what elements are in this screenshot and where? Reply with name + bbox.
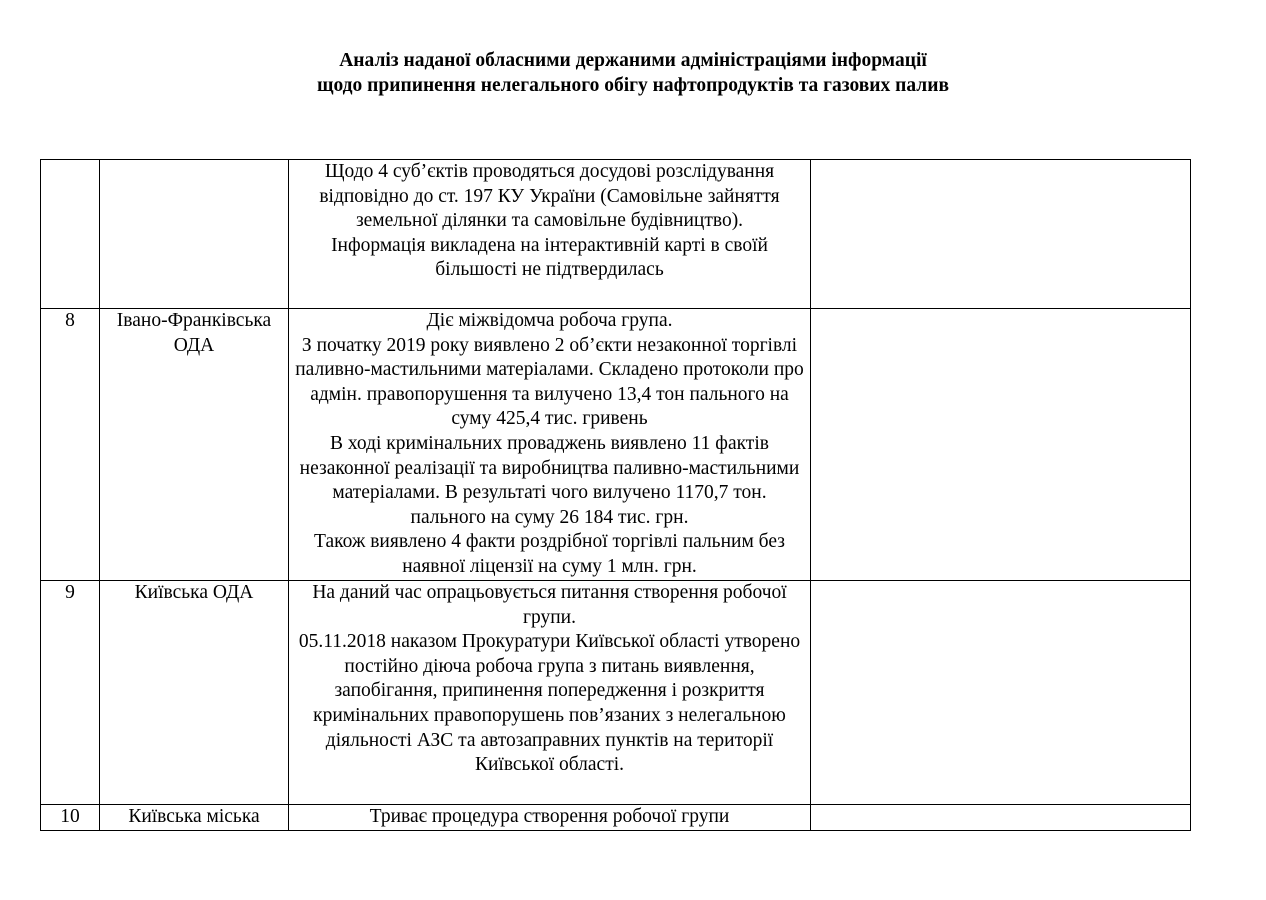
- title-line-1: Аналіз наданої обласними держаними адмін…: [0, 48, 1266, 73]
- region-cell: Київська ОДА: [100, 581, 289, 805]
- notes-cell: [811, 309, 1191, 581]
- info-paragraph: 05.11.2018 наказом Прокуратури Київської…: [293, 630, 806, 778]
- row-number-cell: 10: [41, 805, 100, 831]
- region-cell: [100, 160, 289, 309]
- info-cell: Діє міжвідомча робоча група. З початку 2…: [289, 309, 811, 581]
- info-paragraph: З початку 2019 року виявлено 2 об’єкти н…: [293, 334, 806, 432]
- info-paragraph: Діє міжвідомча робоча група.: [293, 309, 806, 334]
- report-table: Щодо 4 суб’єктів проводяться досудові ро…: [40, 159, 1191, 831]
- row-number-cell: [41, 160, 100, 309]
- region-cell: Київська міська: [100, 805, 289, 831]
- info-paragraph: В ході кримінальних проваджень виявлено …: [293, 432, 806, 530]
- info-paragraph: Також виявлено 4 факти роздрібної торгів…: [293, 530, 806, 579]
- table-row: 8 Івано-Франківська ОДА Діє міжвідомча р…: [41, 309, 1191, 581]
- table-row: 9 Київська ОДА На даний час опрацьовуєть…: [41, 581, 1191, 805]
- title-line-2: щодо припинення нелегального обігу нафто…: [0, 73, 1266, 98]
- row-number-cell: 8: [41, 309, 100, 581]
- info-cell: Триває процедура створення робочої групи: [289, 805, 811, 831]
- info-paragraph: Щодо 4 суб’єктів проводяться досудові ро…: [293, 160, 806, 234]
- info-paragraph: На даний час опрацьовується питання ство…: [293, 581, 806, 630]
- info-paragraph: Триває процедура створення робочої групи: [293, 805, 806, 830]
- table-row: 10 Київська міська Триває процедура ство…: [41, 805, 1191, 831]
- row-number-cell: 9: [41, 581, 100, 805]
- notes-cell: [811, 160, 1191, 309]
- info-cell: Щодо 4 суб’єктів проводяться досудові ро…: [289, 160, 811, 309]
- table-row: Щодо 4 суб’єктів проводяться досудові ро…: [41, 160, 1191, 309]
- document-title: Аналіз наданої обласними держаними адмін…: [0, 48, 1266, 98]
- notes-cell: [811, 581, 1191, 805]
- info-cell: На даний час опрацьовується питання ство…: [289, 581, 811, 805]
- info-paragraph: Інформація викладена на інтерактивній ка…: [293, 234, 806, 283]
- region-cell: Івано-Франківська ОДА: [100, 309, 289, 581]
- notes-cell: [811, 805, 1191, 831]
